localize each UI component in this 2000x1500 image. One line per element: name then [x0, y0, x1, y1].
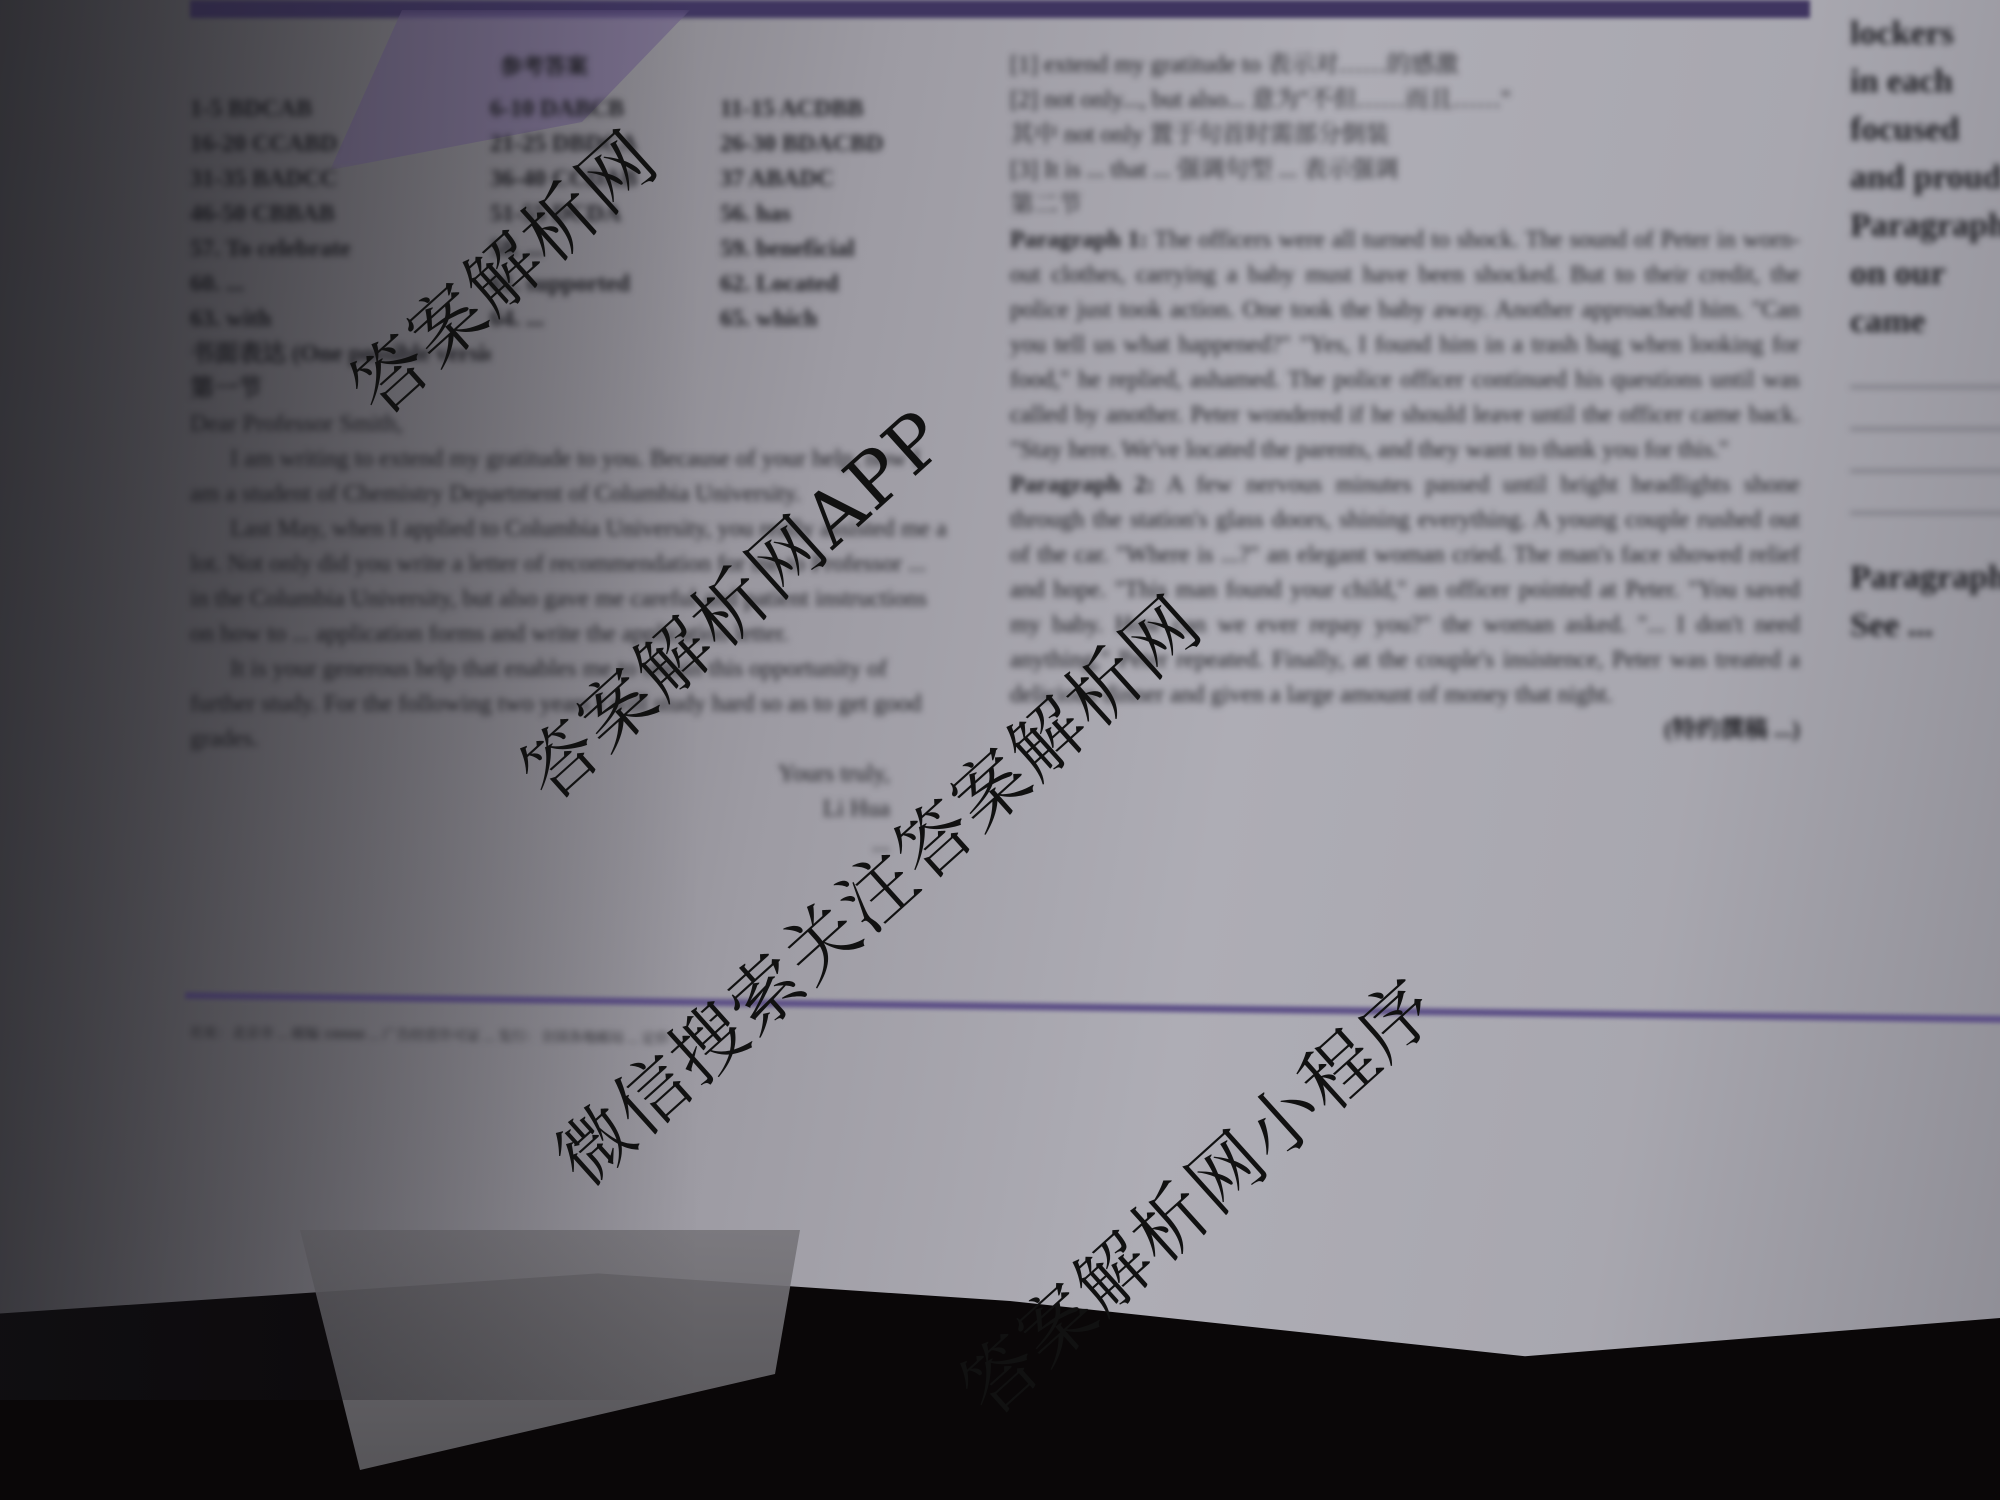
letter-date: ...	[190, 827, 890, 862]
answer-cell	[720, 337, 950, 372]
note-line: [3] It is ... that ... 强调句型 ... 表示强调	[1010, 153, 1800, 188]
answer-cell	[490, 337, 720, 372]
paragraph2-label: Paragraph 2:	[1010, 472, 1154, 498]
section-label: 第二节	[1010, 188, 1800, 223]
answer-line	[1850, 428, 2000, 430]
answer-line	[1850, 386, 2000, 388]
answer-cell: 62. Located	[720, 267, 950, 302]
edge-line: on our	[1850, 250, 2000, 298]
edge-line: in each	[1850, 58, 2000, 106]
edge-line: Paragraph	[1850, 202, 2000, 250]
edge-line: came	[1850, 298, 2000, 346]
edge-heading: Paragraph	[1850, 554, 2000, 602]
note-line: [1] extend my gratitude to 表示对……的感激	[1010, 48, 1800, 83]
paragraph1-label: Paragraph 1:	[1010, 227, 1148, 253]
answer-cell: 11-15 ACDBB	[720, 92, 950, 127]
answer-cell: 46-50 CBBAB	[190, 197, 490, 232]
edge-line: lockers	[1850, 10, 2000, 58]
answer-line	[1850, 512, 2000, 514]
paragraph1-text: The officers were all turned to shock. T…	[1010, 227, 1800, 463]
letter-signature: Li Hua	[190, 792, 890, 827]
answer-line	[1850, 470, 2000, 472]
edge-line: focused	[1850, 106, 2000, 154]
note-line: 其中 not only 置于句首时需部分倒装	[1010, 118, 1800, 153]
folded-paper-edge	[300, 1230, 800, 1470]
answer-cell	[490, 372, 720, 407]
answer-cell: 65. which	[720, 302, 950, 337]
right-edge-column: lockers in each focused and proud Paragr…	[1850, 10, 2000, 650]
answer-cell: 16-20 CCABD	[190, 127, 490, 162]
note-line: [2] not only..., but also... 意为"不但……而且………	[1010, 83, 1800, 118]
answer-cell: 37 ABADC	[720, 162, 950, 197]
answer-cell: 56. has	[720, 197, 950, 232]
answer-cell: 59. beneficial	[720, 232, 950, 267]
answer-cell: 31-35 BADCC	[190, 162, 490, 197]
edge-line: See ...	[1850, 602, 2000, 650]
edge-line: and proud	[1850, 154, 2000, 202]
answer-cell: 1-5 BDCAB	[190, 92, 490, 127]
answer-cell	[720, 372, 950, 407]
answer-cell: 26-30 BDACBD	[720, 127, 950, 162]
photo-scene: 参考答案 1-5 BDCAB6-10 DABCB11-15 ACDBB16-20…	[0, 0, 2000, 1500]
